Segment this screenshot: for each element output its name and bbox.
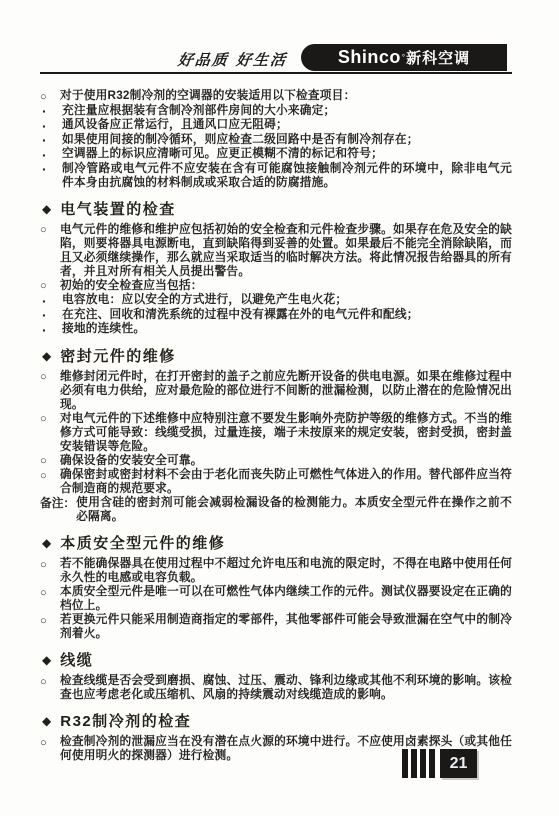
brand-slogan: 好品质 好生活 <box>177 49 288 70</box>
manual-section: ◆电气装置的检查○电气元件的维修和维护应包括初始的安全检查和元件检查步骤。如果存… <box>40 200 512 337</box>
item-text: 若更换元件只能采用制造商指定的零部件，其他零部件可能会导致泄漏在空气中的制冷剂着… <box>60 613 512 641</box>
list-item: ○初始的安全检查应当包括： <box>40 279 512 294</box>
item-text: 电容放电：应以安全的方式进行，以避免产生电火花； <box>62 293 512 307</box>
trademark-icon: ° <box>402 53 405 63</box>
circle-bullet-icon: ○ <box>40 412 60 427</box>
dot-bullet-icon: · <box>40 104 62 119</box>
page-header: 好品质 好生活 Shinco°新科空调 <box>0 0 559 74</box>
note-label: 备注： <box>40 496 75 511</box>
list-item: ·充注量应根据装有含制冷剂部件房间的大小来确定； <box>40 104 512 119</box>
circle-bullet-icon: ○ <box>40 735 60 750</box>
list-item: ○对电气元件的下述维修中应特别注意不要发生影响外壳防护等级的维修方式。不当的维修… <box>40 412 512 454</box>
list-item: ○电气元件的维修和维护应包括初始的安全检查和元件检查步骤。如果存在危及安全的缺陷… <box>40 223 512 279</box>
dot-bullet-icon: · <box>40 162 62 177</box>
footer-bar <box>411 749 417 778</box>
manual-page: 好品质 好生活 Shinco°新科空调 ○对于使用R32制冷剂的空调器的安装适用… <box>0 0 559 816</box>
list-item: ○确保密封或密封材料不会由于老化而丧失防止可燃性气体进入的作用。替代部件应当符合… <box>40 468 512 496</box>
section-heading-text: 本质安全型元件的维修 <box>60 534 225 553</box>
item-text: 通风设备应正常运行，且通风口应无阻碍； <box>62 118 512 132</box>
brand-name-en: Shinco <box>338 47 401 68</box>
dot-bullet-icon: · <box>40 322 62 337</box>
diamond-icon: ◆ <box>42 651 51 670</box>
list-item: ○若更换元件只能采用制造商指定的零部件，其他零部件可能会导致泄漏在空气中的制冷剂… <box>40 613 512 641</box>
footer-bar <box>420 749 426 778</box>
circle-bullet-icon: ○ <box>40 89 60 104</box>
item-text: 本质安全型元件是唯一可以在可燃性气体内继续工作的元件。测试仪器要设定在正确的档位… <box>60 585 512 613</box>
item-text: 空调器上的标识应清晰可见。应更正模糊不清的标记和符号； <box>62 147 512 161</box>
section-heading: ◆本质安全型元件的维修 <box>42 534 512 553</box>
dot-bullet-icon: · <box>40 118 62 133</box>
section-heading: ◆电气装置的检查 <box>42 200 512 219</box>
manual-section: ◆密封元件的维修○维修封闭元件时，在打开密封的盖子之前应先断开设备的供电电源。如… <box>40 347 512 525</box>
list-item: ○维修封闭元件时，在打开密封的盖子之前应先断开设备的供电电源。如果在维修过程中必… <box>40 370 512 412</box>
circle-bullet-icon: ○ <box>40 613 60 628</box>
footer-bars-decoration <box>402 749 435 778</box>
list-item: ·电容放电：应以安全的方式进行，以避免产生电火花； <box>40 293 512 308</box>
list-item: ○检查线缆是否会受到磨损、腐蚀、过压、震动、锋利边缘或其他不利环境的影响。该检查… <box>40 674 512 702</box>
dot-bullet-icon: · <box>40 293 62 308</box>
section-heading-text: R32制冷剂的检查 <box>60 712 191 731</box>
footer-bar <box>402 749 408 778</box>
section-heading: ◆R32制冷剂的检查 <box>42 712 512 731</box>
header-divider <box>40 72 512 74</box>
circle-bullet-icon: ○ <box>40 279 60 294</box>
item-text: 对电气元件的下述维修中应特别注意不要发生影响外壳防护等级的维修方式。不当的维修方… <box>60 412 512 454</box>
item-text: 制冷管路或电气元件不应安装在含有可能腐蚀接触制冷剂元件的环境中，除非电气元件本身… <box>62 162 512 190</box>
manual-section: ◆线缆○检查线缆是否会受到磨损、腐蚀、过压、震动、锋利边缘或其他不利环境的影响。… <box>40 651 512 702</box>
dot-bullet-icon: · <box>40 133 62 148</box>
diamond-icon: ◆ <box>42 534 51 553</box>
circle-bullet-icon: ○ <box>40 557 60 572</box>
list-item: ○本质安全型元件是唯一可以在可燃性气体内继续工作的元件。测试仪器要设定在正确的档… <box>40 585 512 613</box>
item-text: 电气元件的维修和维护应包括初始的安全检查和元件检查步骤。如果存在危及安全的缺陷，… <box>60 223 512 279</box>
list-item: 备注：使用含硅的密封剂可能会减弱检漏设备的检测能力。本质安全型元件在操作之前不必… <box>40 496 512 524</box>
item-text: 若不能确保器具在使用过程中不超过允许电压和电流的限定时，不得在电路中使用任何永久… <box>60 557 512 585</box>
section-heading-text: 线缆 <box>60 651 93 670</box>
circle-bullet-icon: ○ <box>40 370 60 385</box>
manual-content: ○对于使用R32制冷剂的空调器的安装适用以下检查项目：·充注量应根据装有含制冷剂… <box>0 74 559 763</box>
list-item: ·空调器上的标识应清晰可见。应更正模糊不清的标记和符号； <box>40 147 512 162</box>
manual-section: ○对于使用R32制冷剂的空调器的安装适用以下检查项目：·充注量应根据装有含制冷剂… <box>40 89 512 190</box>
list-item: ·通风设备应正常运行，且通风口应无阻碍； <box>40 118 512 133</box>
diamond-icon: ◆ <box>42 200 51 219</box>
page-number: 21 <box>440 749 477 778</box>
list-item: ·如果使用间接的制冷循环，则应检查二级回路中是否有制冷剂存在； <box>40 133 512 148</box>
footer-bar <box>429 749 435 778</box>
section-heading-text: 密封元件的维修 <box>60 347 176 366</box>
list-item: ○对于使用R32制冷剂的空调器的安装适用以下检查项目： <box>40 89 512 104</box>
list-item: ○若不能确保器具在使用过程中不超过允许电压和电流的限定时，不得在电路中使用任何永… <box>40 557 512 585</box>
list-item: ·在充注、回收和清洗系统的过程中没有裸露在外的电气元件和配线； <box>40 308 512 323</box>
item-text: 检查线缆是否会受到磨损、腐蚀、过压、震动、锋利边缘或其他不利环境的影响。该检查也… <box>60 674 512 702</box>
item-text: 使用含硅的密封剂可能会减弱检漏设备的检测能力。本质安全型元件在操作之前不必隔离。 <box>76 496 512 524</box>
list-item: ○确保设备的安装安全可靠。 <box>40 454 512 469</box>
circle-bullet-icon: ○ <box>40 674 60 689</box>
page-footer: 21 <box>402 749 477 778</box>
list-item: ·制冷管路或电气元件不应安装在含有可能腐蚀接触制冷剂元件的环境中，除非电气元件本… <box>40 162 512 190</box>
section-heading: ◆密封元件的维修 <box>42 347 512 366</box>
brand-logo: Shinco°新科空调 <box>301 44 507 71</box>
list-item: ·接地的连续性。 <box>40 322 512 337</box>
brand-name-cn: 新科空调 <box>406 47 470 68</box>
diamond-icon: ◆ <box>42 347 51 366</box>
item-text: 确保密封或密封材料不会由于老化而丧失防止可燃性气体进入的作用。替代部件应当符合制… <box>60 468 512 496</box>
circle-bullet-icon: ○ <box>40 468 60 483</box>
item-text: 确保设备的安装安全可靠。 <box>60 454 512 468</box>
section-heading: ◆线缆 <box>42 651 512 670</box>
item-text: 维修封闭元件时，在打开密封的盖子之前应先断开设备的供电电源。如果在维修过程中必须… <box>60 370 512 412</box>
item-text: 在充注、回收和清洗系统的过程中没有裸露在外的电气元件和配线； <box>62 308 512 322</box>
circle-bullet-icon: ○ <box>40 585 60 600</box>
circle-bullet-icon: ○ <box>40 223 60 238</box>
section-heading-text: 电气装置的检查 <box>60 200 176 219</box>
item-text: 如果使用间接的制冷循环，则应检查二级回路中是否有制冷剂存在； <box>62 133 512 147</box>
dot-bullet-icon: · <box>40 147 62 162</box>
item-text: 初始的安全检查应当包括： <box>60 279 512 293</box>
circle-bullet-icon: ○ <box>40 454 60 469</box>
item-text: 充注量应根据装有含制冷剂部件房间的大小来确定； <box>62 104 512 118</box>
manual-section: ◆本质安全型元件的维修○若不能确保器具在使用过程中不超过允许电压和电流的限定时，… <box>40 534 512 641</box>
dot-bullet-icon: · <box>40 308 62 323</box>
item-text: 对于使用R32制冷剂的空调器的安装适用以下检查项目： <box>60 89 512 103</box>
item-text: 接地的连续性。 <box>62 322 512 336</box>
diamond-icon: ◆ <box>42 712 51 731</box>
